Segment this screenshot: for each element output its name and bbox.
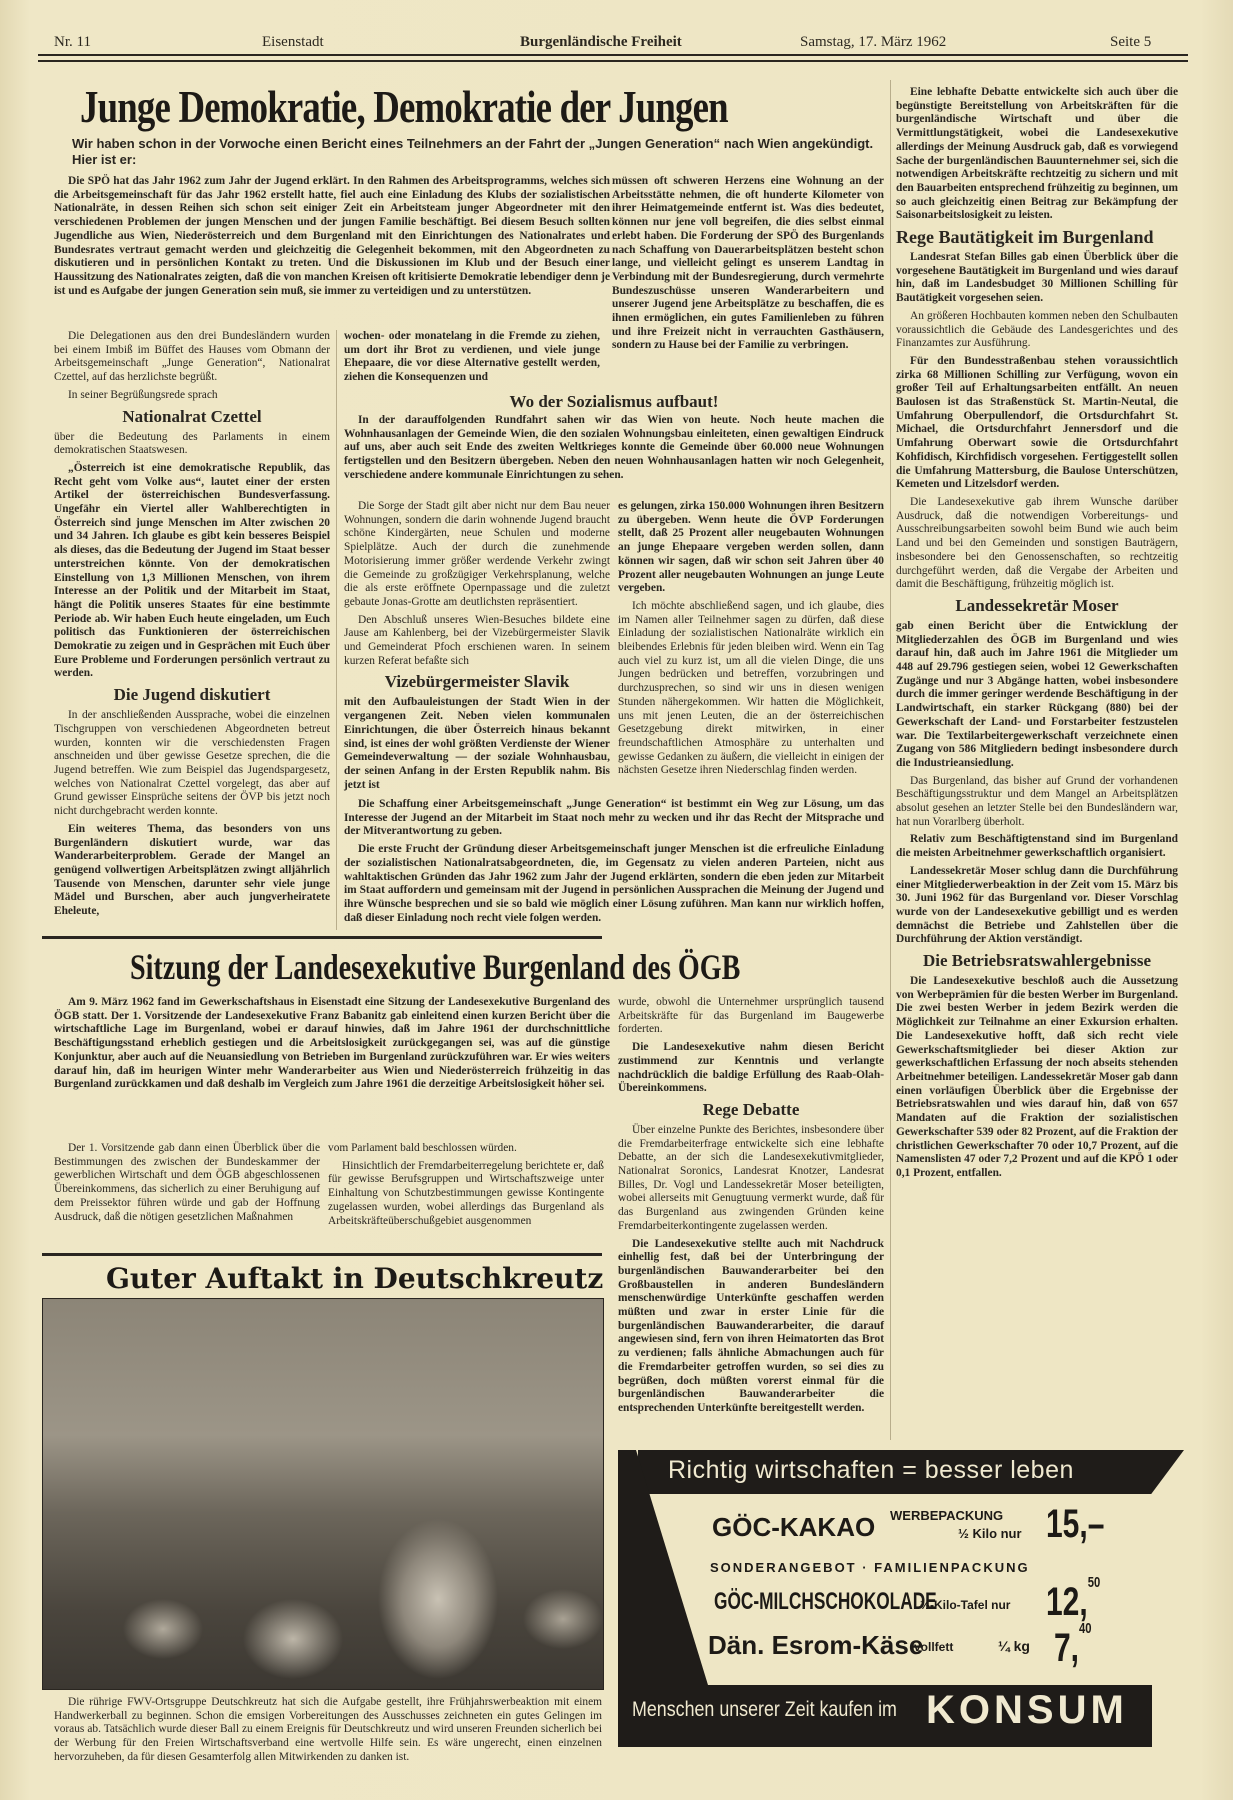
ad-closing-text: Menschen unserer Zeit kaufen im: [632, 1698, 897, 1722]
subhead-jugend-diskutiert: Die Jugend diskutiert: [54, 685, 330, 705]
ad-item-kakao-price: 15,–: [1046, 1502, 1104, 1547]
newspaper-page: Nr. 11 Eisenstadt Burgenländische Freihe…: [0, 0, 1233, 1800]
paragraph: In der darauffolgenden Rundfahrt sahen w…: [344, 414, 884, 483]
subhead-bautaetigkeit: Rege Bautätigkeit im Burgenland: [896, 227, 1178, 247]
paragraph: Hinsichtlich der Fremdarbeiterregelung b…: [328, 1160, 604, 1229]
ad-item-kaese-price: 7,40: [1054, 1626, 1092, 1671]
ad-item-kakao-size: ½ Kilo nur: [958, 1526, 1022, 1541]
paragraph: Landesrat Stefan Billes gab einen Überbl…: [896, 251, 1178, 306]
ad-special-offer: SONDERANGEBOT · FAMILIENPACKUNG: [710, 1560, 1030, 1575]
paragraph: Die Delegationen aus den drei Bundesländ…: [54, 330, 330, 385]
paragraph: Ein weiteres Thema, das besonders von un…: [54, 823, 330, 919]
paragraph: gab einen Bericht über die Entwicklung d…: [896, 620, 1178, 771]
ad-item-kaese-size: ¼ kg: [998, 1638, 1030, 1654]
paragraph: Die Landesexekutive gab ihrem Wunsche da…: [896, 496, 1178, 592]
article1-wide-1: In der darauffolgenden Rundfahrt sahen w…: [344, 414, 884, 487]
photo-ball-deutschkreutz: [42, 1298, 604, 1690]
paragraph: Am 9. März 1962 fand im Gewerkschaftshau…: [54, 996, 610, 1092]
article2-lead: Am 9. März 1962 fand im Gewerkschaftshau…: [54, 996, 610, 1096]
issue-date: Samstag, 17. März 1962: [800, 34, 946, 51]
ad-slogan: Richtig wirtschaften = besser leben: [668, 1456, 1074, 1485]
paragraph: Über einzelne Punkte des Berichtes, insb…: [618, 1124, 884, 1234]
subhead-sozialismus: Wo der Sozialismus aufbaut!: [344, 392, 884, 412]
paragraph: mit den Aufbauleistungen der Stadt Wien …: [344, 696, 610, 792]
article1-column-3-lower: es gelungen, zirka 150.000 Wohnungen ihr…: [618, 500, 884, 782]
ad-item-kakao: GÖC-KAKAO: [712, 1512, 875, 1543]
column-divider: [336, 330, 337, 930]
place: Eisenstadt: [262, 34, 324, 51]
paragraph: Die Sorge der Stadt gilt aber nicht nur …: [344, 500, 610, 610]
headline-guter-auftakt: Guter Auftakt in Deutschkreutz: [106, 1262, 603, 1295]
paragraph: Den Abschluß unseres Wien-Besuches bilde…: [344, 614, 610, 669]
paragraph: müssen oft schweren Herzens eine Wohnung…: [612, 175, 884, 353]
article2-column-1: Der 1. Vorsitzende gab dann einen Überbl…: [54, 1142, 320, 1228]
article1-column-3-upper: müssen oft schweren Herzens eine Wohnung…: [612, 175, 884, 357]
paragraph: Die Landesexekutive nahm diesen Bericht …: [618, 1041, 884, 1096]
subhead-slavik: Vizebürgermeister Slavik: [344, 672, 610, 692]
paragraph: Ich möchte abschließend sagen, und ich g…: [618, 600, 884, 778]
paragraph: wochen- oder monatelang in die Fremde zu…: [344, 330, 600, 385]
issue-number: Nr. 11: [54, 34, 91, 51]
article2-column-2: vom Parlament bald beschlossen würden. H…: [328, 1142, 604, 1232]
article1-wide-2: Die Schaffung einer Arbeitsgemeinschaft …: [344, 798, 884, 929]
subhead-betriebsratswahlen: Die Betriebsratswahlergebnisse: [896, 951, 1178, 971]
page-number: Seite 5: [1110, 34, 1151, 51]
article2-column-3: wurde, obwohl die Unternehmer ursprüngli…: [618, 996, 884, 1420]
paragraph: Relativ zum Beschäftigtenstand sind im B…: [896, 833, 1178, 860]
paragraph: vom Parlament bald beschlossen würden.: [328, 1142, 604, 1156]
ad-item-schokolade-size: ½-Kilo-Tafel nur: [920, 1598, 1010, 1612]
paragraph: Die Schaffung einer Arbeitsgemeinschaft …: [344, 798, 884, 839]
article1-column-2-upper: wochen- oder monatelang in die Fremde zu…: [344, 330, 600, 389]
paragraph: es gelungen, zirka 150.000 Wohnungen ihr…: [618, 500, 884, 596]
headline-junge-demokratie: Junge Demokratie, Demokratie der Jungen: [80, 80, 728, 133]
photo-caption: Die rührige FWV-Ortsgruppe Deutschkreutz…: [54, 1696, 602, 1769]
paragraph: Eine lebhafte Debatte entwickelte sich a…: [896, 86, 1178, 223]
header-rule: [38, 54, 1188, 62]
paragraph: Die rührige FWV-Ortsgruppe Deutschkreutz…: [54, 1696, 602, 1765]
ad-item-schokolade: GÖC-MILCHSCHOKOLADE: [714, 1588, 937, 1616]
headline-sitzung-landesexekutive: Sitzung der Landesexekutive Burgenland d…: [130, 946, 740, 988]
paragraph: Die SPÖ hat das Jahr 1962 zum Jahr der J…: [54, 175, 610, 298]
right-column: Eine lebhafte Debatte entwickelte sich a…: [896, 86, 1178, 1185]
paragraph: Für den Bundesstraßenbau stehen voraussi…: [896, 355, 1178, 492]
subhead-moser: Landessekretär Moser: [896, 596, 1178, 616]
article-divider: [42, 1253, 602, 1256]
article1-column-2-lower: Die Sorge der Stadt gilt aber nicht nur …: [344, 500, 610, 796]
article1-column-1: Die Delegationen aus den drei Bundesländ…: [54, 330, 330, 923]
article1-lead: Wir haben schon in der Vorwoche einen Be…: [72, 136, 892, 168]
paragraph: Die erste Frucht der Gründung dieser Arb…: [344, 843, 884, 925]
paragraph: über die Bedeutung des Parlaments in ein…: [54, 431, 330, 458]
paragraph: Die Landesexekutive stellte auch mit Nac…: [618, 1238, 884, 1416]
article-divider: [42, 936, 602, 939]
column-divider: [890, 80, 891, 1440]
paragraph: wurde, obwohl die Unternehmer ursprüngli…: [618, 996, 884, 1037]
ad-item-schokolade-price: 12,50: [1046, 1580, 1100, 1625]
paragraph: Der 1. Vorsitzende gab dann einen Überbl…: [54, 1142, 320, 1224]
konsum-advertisement: Richtig wirtschaften = besser leben GÖC-…: [618, 1450, 1184, 1750]
ad-item-kakao-label: WERBEPACKUNG: [890, 1508, 1003, 1523]
paragraph: In seiner Begrüßungsrede sprach: [54, 389, 330, 403]
paragraph: In der anschließenden Aussprache, wobei …: [54, 709, 330, 819]
newspaper-name: Burgenländische Freiheit: [520, 34, 682, 51]
ad-item-kaese: Dän. Esrom-Käse: [708, 1630, 923, 1661]
paragraph: „Österreich ist eine demokratische Repub…: [54, 462, 330, 681]
paragraph: Die Landesexekutive beschloß auch die Au…: [896, 975, 1178, 1181]
paragraph: An größeren Hochbauten kommen neben den …: [896, 310, 1178, 351]
article1-intro: Die SPÖ hat das Jahr 1962 zum Jahr der J…: [54, 175, 610, 302]
subhead-rege-debatte: Rege Debatte: [618, 1100, 884, 1120]
ad-item-kaese-note: vollfett: [914, 1640, 953, 1654]
paragraph: Landessekretär Moser schlug dann die Dur…: [896, 865, 1178, 947]
konsum-logo: KONSUM: [926, 1688, 1128, 1733]
paragraph: Das Burgenland, das bisher auf Grund der…: [896, 775, 1178, 830]
subhead-nationalrat-czettel: Nationalrat Czettel: [54, 407, 330, 427]
